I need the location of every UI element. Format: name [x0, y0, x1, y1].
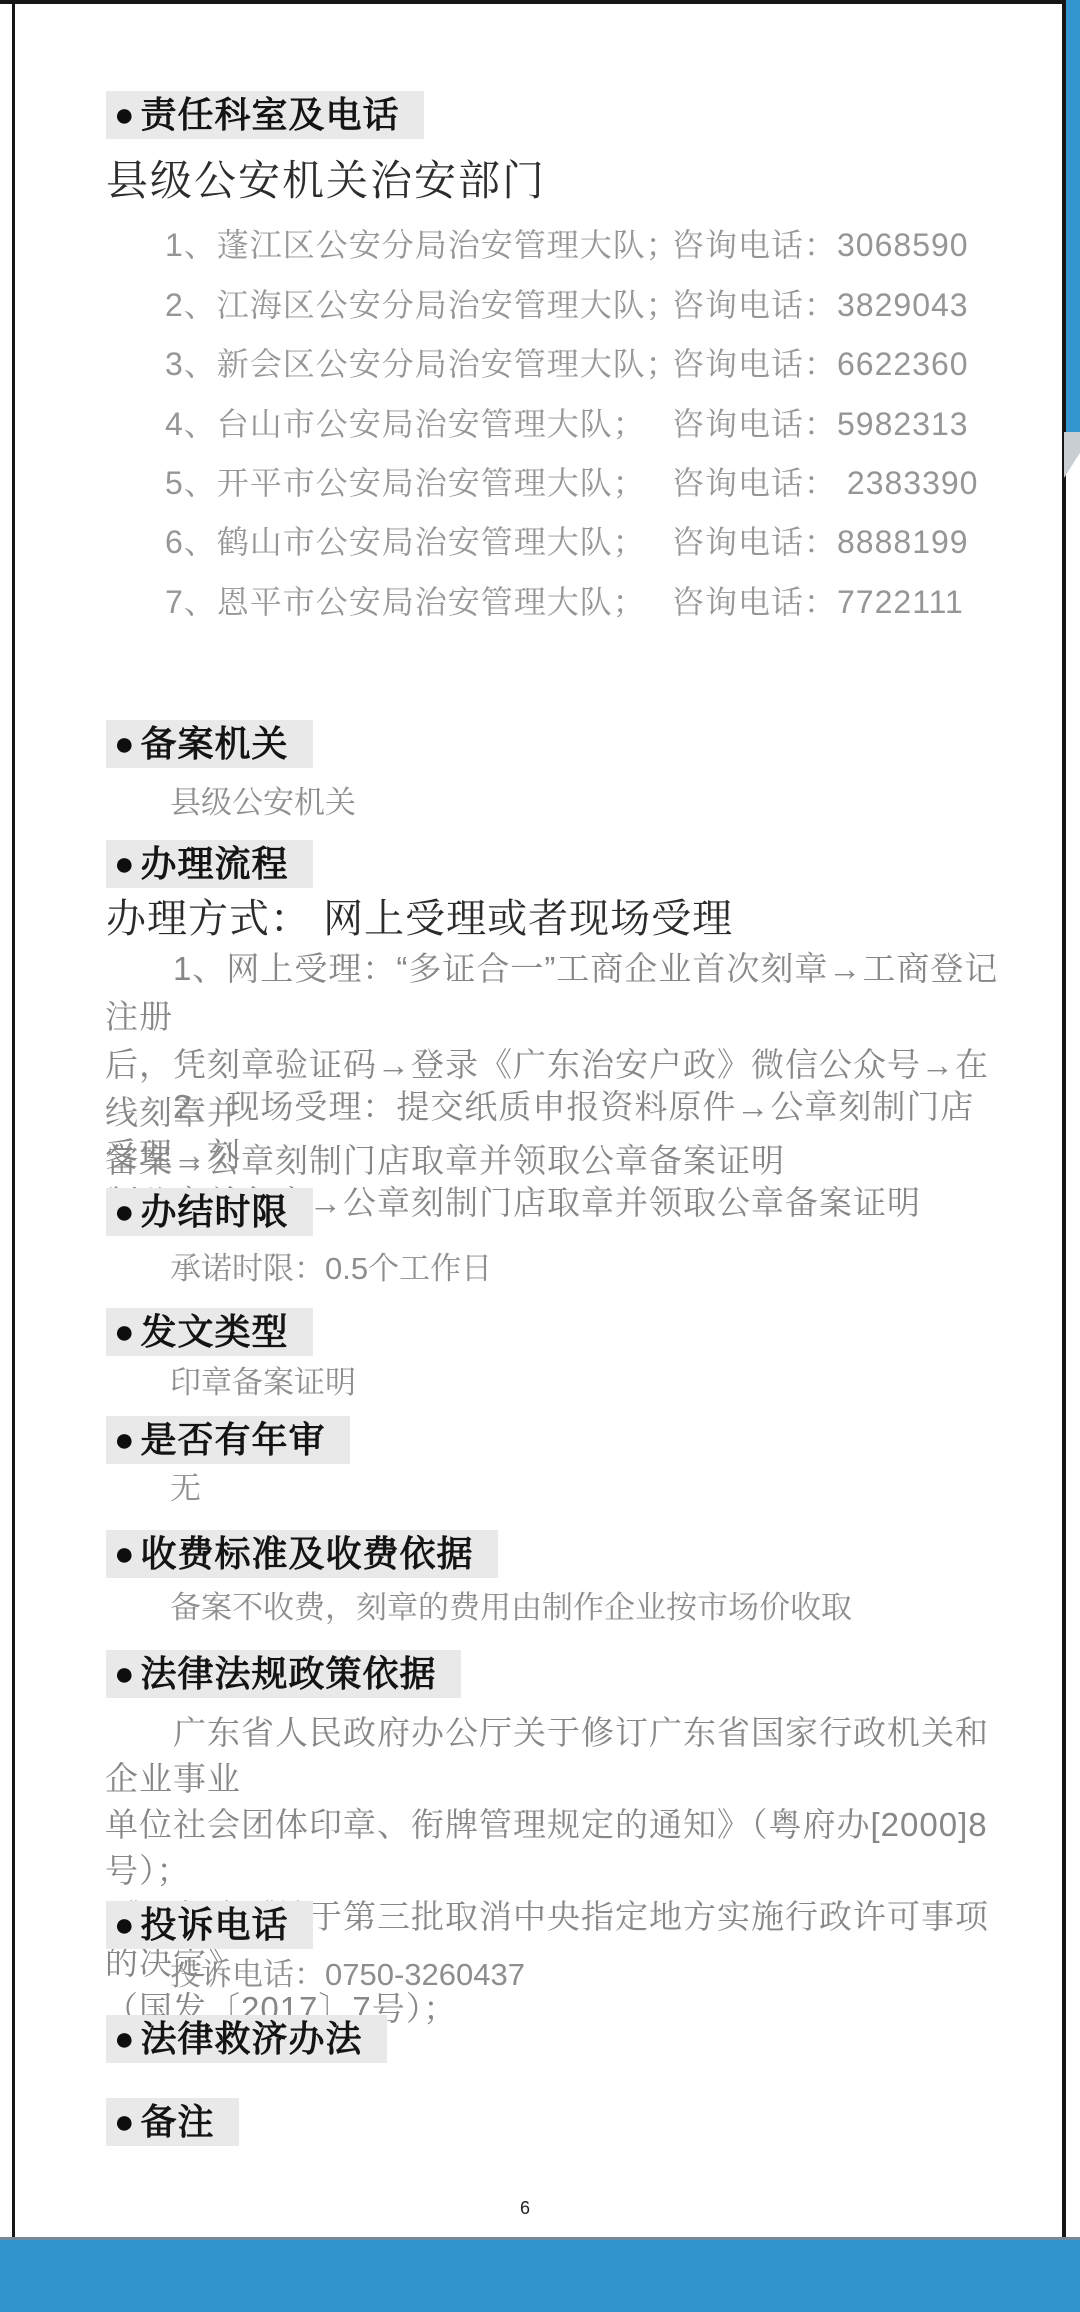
section-title: 收费标准及收费依据 — [141, 1533, 474, 1574]
registry-body: 县级公安机关 — [170, 783, 356, 823]
section-heading-legal-basis: ●法律法规政策依据 — [106, 1650, 461, 1698]
bullet-icon: ● — [114, 2103, 136, 2141]
bullet-icon: ● — [114, 1535, 136, 1573]
department-row: 5、开平市公安局治安管理大队； 咨询电话： 2383390 — [0, 462, 1080, 506]
bullet-icon: ● — [114, 96, 136, 134]
fees-body: 备案不收费，刻章的费用由制作企业按市场价收取 — [170, 1588, 852, 1628]
section-title: 投诉电话 — [141, 1904, 289, 1945]
doc-type-body: 印章备案证明 — [170, 1363, 356, 1403]
department-phone: 咨询电话：3829043 — [672, 284, 969, 326]
page-number: 6 — [505, 2198, 545, 2219]
bullet-icon: ● — [114, 1313, 136, 1351]
annual-review-body: 无 — [170, 1469, 201, 1509]
department-name: 4、台山市公安局治安管理大队； — [165, 403, 646, 445]
department-phone: 咨询电话：7722111 — [672, 581, 964, 623]
section-heading-fees: ●收费标准及收费依据 — [106, 1530, 498, 1578]
section-heading-process: ●办理流程 — [106, 840, 313, 888]
section-heading-remarks: ●备注 — [106, 2098, 239, 2146]
department-phone: 咨询电话：5982313 — [672, 403, 969, 445]
document-page: ●责任科室及电话 县级公安机关治安部门 1、蓬江区公安分局治安管理大队； 咨询电… — [0, 0, 1080, 2312]
department-name: 3、新会区公安分局治安管理大队； — [165, 343, 679, 385]
department-phone: 咨询电话：3068590 — [672, 224, 969, 266]
department-row: 1、蓬江区公安分局治安管理大队； 咨询电话：3068590 — [0, 224, 1080, 268]
bullet-icon: ● — [114, 2020, 136, 2058]
bullet-icon: ● — [114, 1906, 136, 1944]
department-phone: 咨询电话： 2383390 — [672, 462, 978, 504]
department-name: 5、开平市公安局治安管理大队； — [165, 462, 646, 504]
section-heading-registry: ●备案机关 — [106, 720, 313, 768]
department-row: 2、江海区公安分局治安管理大队； 咨询电话：3829043 — [0, 284, 1080, 328]
section-heading-deadline: ●办结时限 — [106, 1188, 313, 1236]
section-heading-legal-remedy: ●法律救济办法 — [106, 2015, 387, 2063]
footer-blue-bar — [0, 2237, 1080, 2312]
department-name: 7、恩平市公安局治安管理大队； — [165, 581, 646, 623]
section-heading-annual-review: ●是否有年审 — [106, 1416, 350, 1464]
department-row: 7、恩平市公安局治安管理大队； 咨询电话：7722111 — [0, 581, 1080, 625]
bullet-icon: ● — [114, 1193, 136, 1231]
department-phone: 咨询电话：8888199 — [672, 521, 969, 563]
complaint-body: 投诉电话：0750-3260437 — [170, 1955, 525, 1995]
department-row: 6、鹤山市公安局治安管理大队； 咨询电话：8888199 — [0, 521, 1080, 565]
duty-office-subtitle: 县级公安机关治安部门 — [106, 158, 546, 204]
bullet-icon: ● — [114, 1655, 136, 1693]
bullet-icon: ● — [114, 845, 136, 883]
department-name: 1、蓬江区公安分局治安管理大队； — [165, 224, 679, 266]
department-row: 4、台山市公安局治安管理大队； 咨询电话：5982313 — [0, 403, 1080, 447]
section-heading-duty-office: ●责任科室及电话 — [106, 91, 424, 139]
bullet-icon: ● — [114, 725, 136, 763]
section-heading-complaint: ●投诉电话 — [106, 1901, 313, 1949]
process-mode-line: 办理方式： 网上受理或者现场受理 — [106, 894, 733, 944]
section-title: 办理流程 — [141, 843, 289, 884]
department-name: 6、鹤山市公安局治安管理大队； — [165, 521, 646, 563]
top-border-line — [0, 0, 1080, 4]
section-heading-doc-type: ●发文类型 — [106, 1308, 313, 1356]
deadline-body: 承诺时限：0.5个工作日 — [170, 1249, 492, 1289]
section-title: 备案机关 — [141, 723, 289, 764]
department-phone: 咨询电话：6622360 — [672, 343, 969, 385]
section-title: 法律法规政策依据 — [141, 1653, 437, 1694]
section-title: 是否有年审 — [141, 1419, 326, 1460]
section-title: 办结时限 — [141, 1191, 289, 1232]
section-title: 法律救济办法 — [141, 2018, 363, 2059]
section-title: 备注 — [141, 2101, 215, 2142]
section-title: 责任科室及电话 — [141, 94, 400, 135]
department-row: 3、新会区公安分局治安管理大队； 咨询电话：6622360 — [0, 343, 1080, 387]
section-title: 发文类型 — [141, 1311, 289, 1352]
department-name: 2、江海区公安分局治安管理大队； — [165, 284, 679, 326]
bullet-icon: ● — [114, 1421, 136, 1459]
